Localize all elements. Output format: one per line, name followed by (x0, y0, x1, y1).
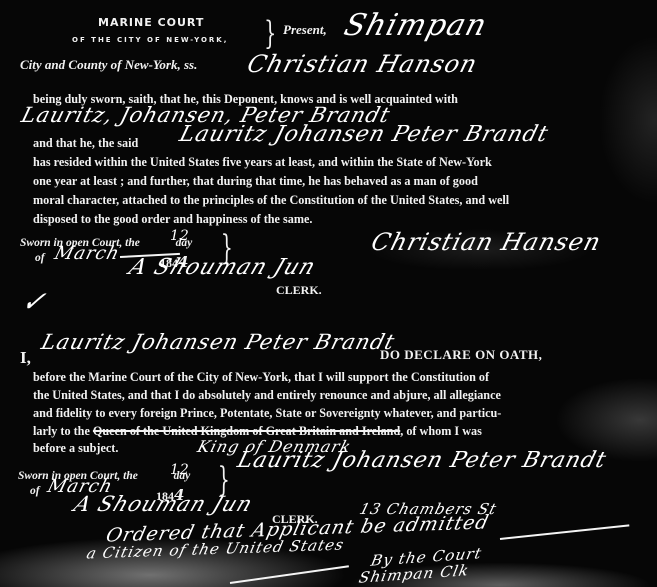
affidavit-line-4: one year at least ; and further, that du… (33, 174, 478, 189)
sworn-day-handwritten: 12 (170, 228, 190, 244)
affidavit-line-6: disposed to the good order and happiness… (33, 212, 312, 227)
declaration-line-1: before the Marine Court of the City of N… (33, 370, 489, 385)
declare-on-oath: DO DECLARE ON OATH, (380, 347, 542, 363)
affidavit-line-2-prefix: and that he, the said (33, 136, 138, 151)
document-page: MARINE COURT OF THE CITY OF NEW-YORK, Ci… (0, 0, 657, 587)
struck-sovereign: Queen of the United Kingdom of Great Bri… (93, 424, 400, 438)
brace-symbol: } (264, 14, 276, 52)
check-mark-icon: ✓ (19, 285, 49, 318)
deponent-signature-header: Christian Hanson (244, 50, 480, 78)
applicant-name-handwritten-2: Lauritz Johansen Peter Brandt (177, 122, 552, 147)
clerk-signature-2: A Shouman Jun (71, 492, 257, 516)
declaration-line-3: and fidelity to every foreign Prince, Po… (33, 406, 501, 421)
line4-suffix: , of whom I was (400, 424, 482, 438)
clerk-signature-1: A Shouman Jun (125, 255, 319, 280)
court-subtitle: OF THE CITY OF NEW-YORK, (72, 36, 228, 44)
judge-signature: Shimpan (340, 8, 491, 43)
witness-signature: Christian Hansen (368, 228, 604, 256)
sworn-of: of (30, 485, 40, 497)
present-label: Present, (283, 22, 327, 38)
declaration-line-5: before a subject. (33, 441, 118, 456)
affidavit-line-5: moral character, attached to the princip… (33, 193, 509, 208)
underline-flourish (230, 565, 349, 584)
sworn-day-handwritten: 12 (170, 462, 190, 478)
declarant-name-handwritten: Lauritz Johansen Peter Brandt (39, 330, 398, 354)
sworn-of: of (35, 252, 45, 264)
declaration-prefix: I, (20, 348, 31, 368)
court-title: MARINE COURT (98, 16, 204, 29)
declaration-line-2: the United States, and that I do absolut… (33, 388, 501, 403)
affidavit-line-3: has resided within the United States fiv… (33, 155, 492, 170)
jurisdiction-line: City and County of New-York, ss. (20, 57, 197, 73)
clerk-label-1: CLERK. (276, 283, 322, 298)
line4-prefix: larly to the (33, 424, 90, 438)
underline-flourish (500, 524, 629, 540)
sworn-month-handwritten: March (52, 243, 122, 264)
declarant-signature: Lauritz Johansen Peter Brandt (235, 448, 610, 473)
